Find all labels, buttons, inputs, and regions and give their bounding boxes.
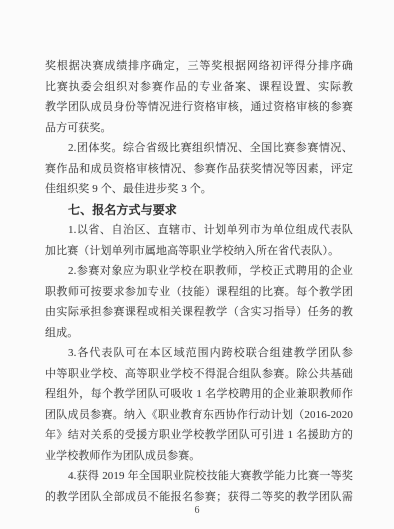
text-line: 佳组织奖 9 个、最佳进步奖 3 个。 — [45, 179, 353, 200]
text-line: 奖根据决赛成绩排序确定，三等奖根据网络初评得分排序确定。 — [45, 56, 353, 77]
text-line: 赛作品和成员资格审核情况、参赛作品获奖情况等因素，评定最 — [45, 159, 353, 180]
text-line: 2.团体奖。综合省级比赛组织情况、全国比赛参赛情况、参 — [45, 138, 353, 159]
text-line: 4.获得 2019 年全国职业院校技能大赛教学能力比赛一等奖 — [45, 466, 353, 487]
text-line: 由实际承担参赛课程或相关课程教学（含实习指导）任务的教师 — [45, 302, 353, 323]
document-body: 奖根据决赛成绩排序确定，三等奖根据网络初评得分排序确定。比赛执委会组织对参赛作品… — [45, 56, 353, 507]
text-line: 组成。 — [45, 323, 353, 344]
text-line: 职教师可按要求参加专业（技能）课程组的比赛。每个教学团队 — [45, 282, 353, 303]
text-line: 程组外，每个教学团队可吸收 1 名学校聘用的企业兼职教师作为 — [45, 384, 353, 405]
page-number: 6 — [195, 505, 200, 516]
document-page: 奖根据决赛成绩排序确定，三等奖根据网络初评得分排序确定。比赛执委会组织对参赛作品… — [0, 0, 394, 529]
text-line: 年》结对关系的受援方职业学校教学团队可引进 1 名援助方的职 — [45, 425, 353, 446]
text-line: 业学校教师作为团队成员参赛。 — [45, 446, 353, 467]
text-line: 中等职业学校、高等职业学校不得混合组队参赛。除公共基础课 — [45, 364, 353, 385]
text-line: 团队成员参赛。纳入《职业教育东西协作行动计划（2016-2020 — [45, 405, 353, 426]
text-line: 品方可获奖。 — [45, 118, 353, 139]
text-line: 2.参赛对象应为职业学校在职教师，学校正式聘用的企业兼 — [45, 261, 353, 282]
section-heading-line: 七、报名方式与要求 — [45, 200, 353, 221]
text-line: 比赛执委会组织对参赛作品的专业备案、课程设置、实际教学、 — [45, 77, 353, 98]
text-line: 加比赛（计划单列市属地高等职业学校纳入所在省代表队）。 — [45, 241, 353, 262]
text-line: 教学团队成员身份等情况进行资格审核，通过资格审核的参赛作 — [45, 97, 353, 118]
text-line: 3.各代表队可在本区域范围内跨校联合组建教学团队参赛， — [45, 343, 353, 364]
text-line: 1.以省、自治区、直辖市、计划单列市为单位组成代表队参 — [45, 220, 353, 241]
page-footer: 6 — [0, 504, 394, 518]
